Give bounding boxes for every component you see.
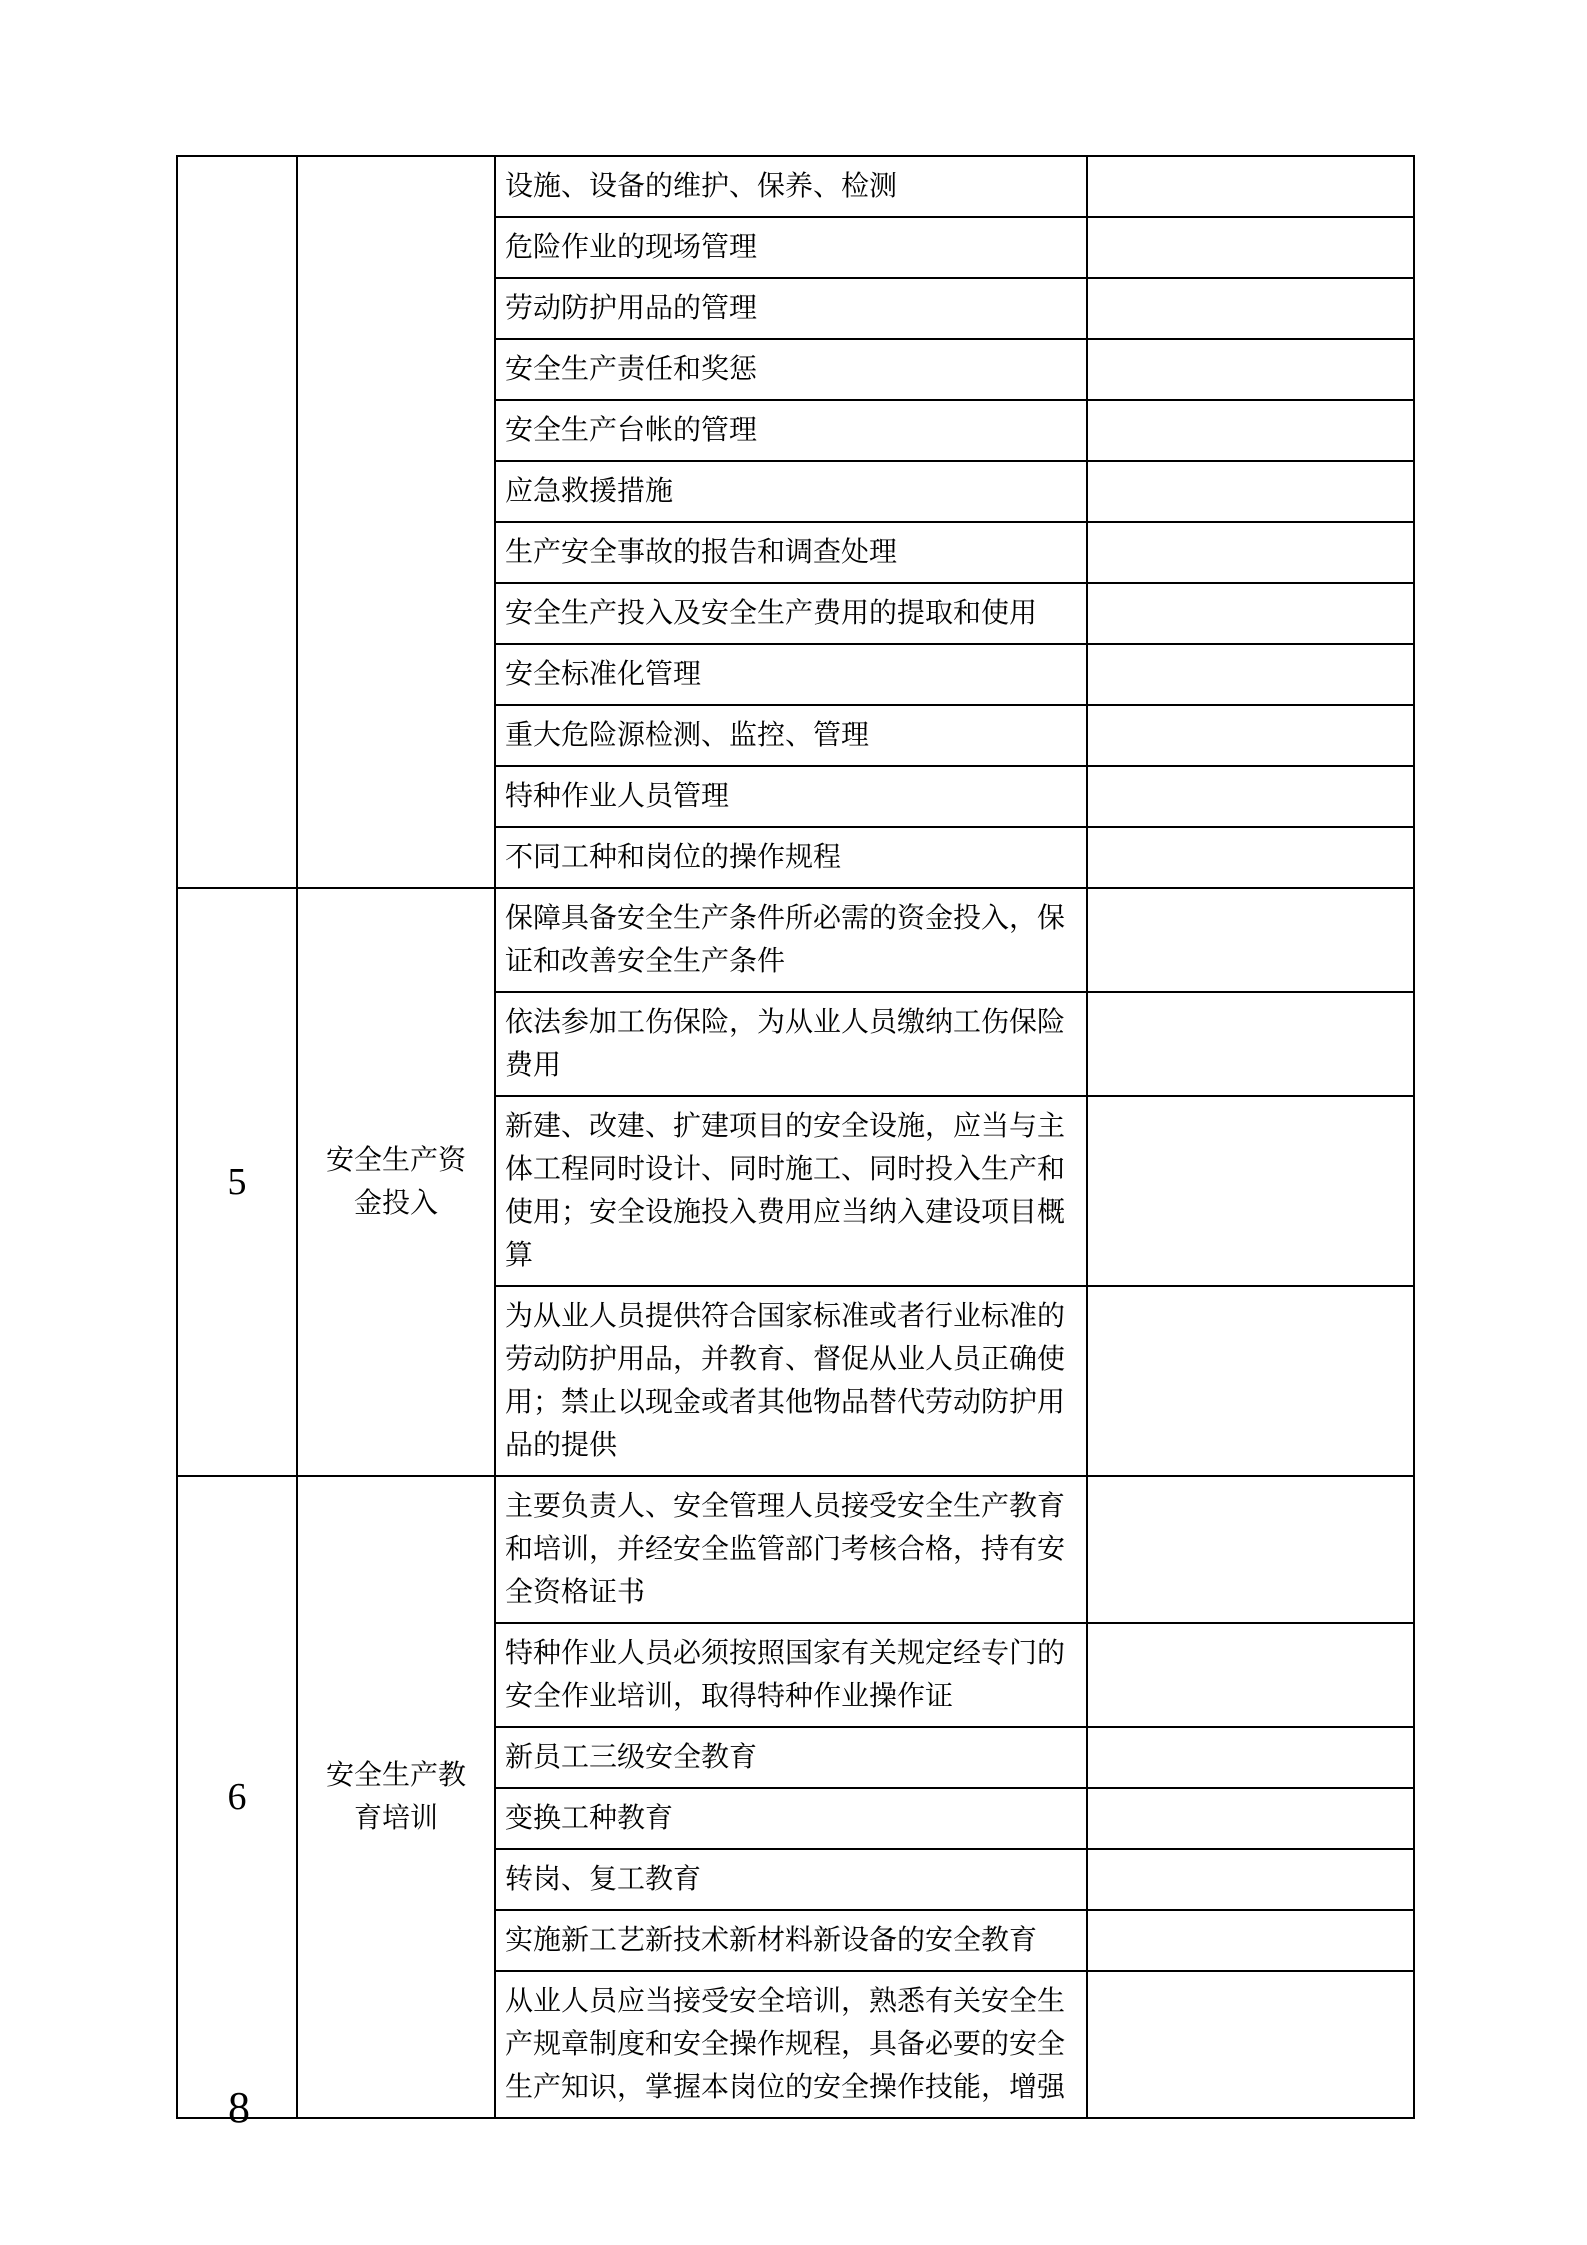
section-category-cell: 安全生产资金投入 xyxy=(297,888,495,1476)
check-cell xyxy=(1087,1286,1414,1476)
table-row: 5安全生产资金投入保障具备安全生产条件所必需的资金投入，保证和改善安全生产条件 xyxy=(177,888,1414,992)
check-cell xyxy=(1087,644,1414,705)
check-cell xyxy=(1087,339,1414,400)
item-text-cell: 安全生产台帐的管理 xyxy=(495,400,1087,461)
check-cell xyxy=(1087,1849,1414,1910)
item-text-cell: 不同工种和岗位的操作规程 xyxy=(495,827,1087,888)
page-number: 8 xyxy=(228,2086,250,2130)
check-cell xyxy=(1087,827,1414,888)
check-cell xyxy=(1087,583,1414,644)
item-text-cell: 转岗、复工教育 xyxy=(495,1849,1087,1910)
table-row: 设施、设备的维护、保养、检测 xyxy=(177,156,1414,217)
item-text-cell: 主要负责人、安全管理人员接受安全生产教育和培训，并经安全监管部门考核合格，持有安… xyxy=(495,1476,1087,1623)
check-cell xyxy=(1087,766,1414,827)
item-text-cell: 危险作业的现场管理 xyxy=(495,217,1087,278)
item-text-cell: 特种作业人员必须按照国家有关规定经专门的安全作业培训，取得特种作业操作证 xyxy=(495,1623,1087,1727)
section-category-cell xyxy=(297,156,495,888)
section-number-cell: 6 xyxy=(177,1476,297,2118)
item-text-cell: 设施、设备的维护、保养、检测 xyxy=(495,156,1087,217)
item-text-cell: 新建、改建、扩建项目的安全设施，应当与主体工程同时设计、同时施工、同时投入生产和… xyxy=(495,1096,1087,1286)
check-cell xyxy=(1087,400,1414,461)
section-number-cell: 5 xyxy=(177,888,297,1476)
item-text-cell: 应急救援措施 xyxy=(495,461,1087,522)
check-cell xyxy=(1087,992,1414,1096)
section-category-cell: 安全生产教育培训 xyxy=(297,1476,495,2118)
check-cell xyxy=(1087,217,1414,278)
check-cell xyxy=(1087,461,1414,522)
check-cell xyxy=(1087,156,1414,217)
item-text-cell: 变换工种教育 xyxy=(495,1788,1087,1849)
check-cell xyxy=(1087,1727,1414,1788)
item-text-cell: 从业人员应当接受安全培训，熟悉有关安全生产规章制度和安全操作规程，具备必要的安全… xyxy=(495,1971,1087,2118)
table-row: 6安全生产教育培训主要负责人、安全管理人员接受安全生产教育和培训，并经安全监管部… xyxy=(177,1476,1414,1623)
item-text-cell: 安全生产投入及安全生产费用的提取和使用 xyxy=(495,583,1087,644)
item-text-cell: 实施新工艺新技术新材料新设备的安全教育 xyxy=(495,1910,1087,1971)
check-cell xyxy=(1087,1096,1414,1286)
check-cell xyxy=(1087,1788,1414,1849)
item-text-cell: 重大危险源检测、监控、管理 xyxy=(495,705,1087,766)
check-cell xyxy=(1087,888,1414,992)
item-text-cell: 安全标准化管理 xyxy=(495,644,1087,705)
item-text-cell: 依法参加工伤保险，为从业人员缴纳工伤保险费用 xyxy=(495,992,1087,1096)
item-text-cell: 劳动防护用品的管理 xyxy=(495,278,1087,339)
check-cell xyxy=(1087,1910,1414,1971)
check-cell xyxy=(1087,1623,1414,1727)
item-text-cell: 为从业人员提供符合国家标准或者行业标准的劳动防护用品，并教育、督促从业人员正确使… xyxy=(495,1286,1087,1476)
item-text-cell: 新员工三级安全教育 xyxy=(495,1727,1087,1788)
check-cell xyxy=(1087,705,1414,766)
item-text-cell: 特种作业人员管理 xyxy=(495,766,1087,827)
item-text-cell: 生产安全事故的报告和调查处理 xyxy=(495,522,1087,583)
check-cell xyxy=(1087,522,1414,583)
compliance-table: 设施、设备的维护、保养、检测危险作业的现场管理劳动防护用品的管理安全生产责任和奖… xyxy=(176,155,1415,2119)
check-cell xyxy=(1087,278,1414,339)
item-text-cell: 安全生产责任和奖惩 xyxy=(495,339,1087,400)
document-page: 设施、设备的维护、保养、检测危险作业的现场管理劳动防护用品的管理安全生产责任和奖… xyxy=(0,0,1587,2245)
check-cell xyxy=(1087,1971,1414,2118)
section-number-cell xyxy=(177,156,297,888)
check-cell xyxy=(1087,1476,1414,1623)
item-text-cell: 保障具备安全生产条件所必需的资金投入，保证和改善安全生产条件 xyxy=(495,888,1087,992)
